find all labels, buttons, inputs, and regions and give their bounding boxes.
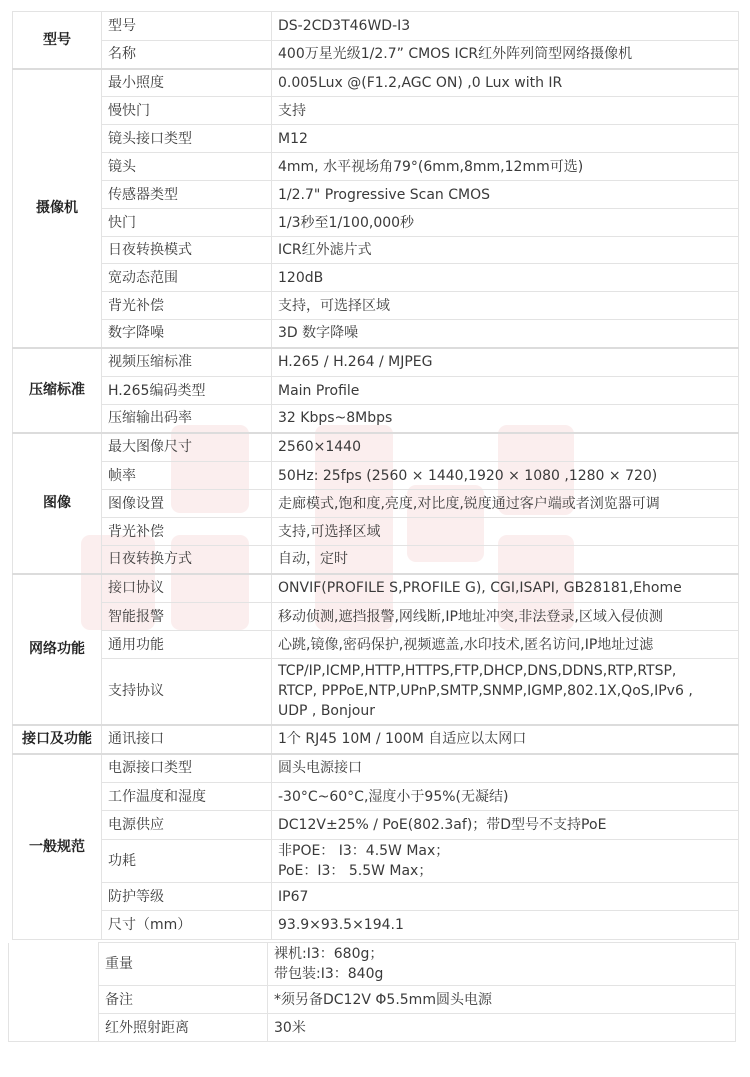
spec-label: 通讯接口 xyxy=(102,725,272,754)
spec-value-line: 支持 xyxy=(278,101,738,121)
spec-value-line: 1个 RJ45 10M / 100M 自适应以太网口 xyxy=(278,729,738,749)
spec-value: M12 xyxy=(272,125,739,153)
spec-value-line: 支持，可选择区域 xyxy=(278,296,738,316)
spec-row: 型号型号DS-2CD3T46WD-I3 xyxy=(13,12,739,41)
spec-label: 数字降噪 xyxy=(102,320,272,348)
spec-value-line: IP67 xyxy=(278,887,738,907)
spec-value-line: ICR红外滤片式 xyxy=(278,240,738,260)
spec-table: 型号型号DS-2CD3T46WD-I3名称400万星光级1/2.7” CMOS … xyxy=(12,11,739,940)
spec-row: H.265编码类型Main Profile xyxy=(13,377,739,405)
spec-value: DS-2CD3T46WD-I3 xyxy=(272,12,739,41)
spec-label: 最大图像尺寸 xyxy=(102,433,272,462)
spec-value: 93.9×93.5×194.1 xyxy=(272,911,739,940)
spec-value-line: 1/3秒至1/100,000秒 xyxy=(278,213,738,233)
spec-value: 裸机:I3：680g；带包装:I3：840g xyxy=(268,943,736,986)
spec-value-line: -30°C~60°C,湿度小于95%(无凝结) xyxy=(278,787,738,807)
spec-value-line: 走廊模式,饱和度,亮度,对比度,锐度通过客户端或者浏览器可调 xyxy=(278,494,738,514)
spec-value: 1个 RJ45 10M / 100M 自适应以太网口 xyxy=(272,725,739,754)
spec-value-line: 4mm, 水平视场角79°(6mm,8mm,12mm可选) xyxy=(278,157,738,177)
spec-value-line: TCP/IP,ICMP,HTTP,HTTPS,FTP,DHCP,DNS,DDNS… xyxy=(278,661,738,681)
spec-value: 2560×1440 xyxy=(272,433,739,462)
spec-label: 日夜转换方式 xyxy=(102,546,272,574)
spec-row: 防护等级IP67 xyxy=(13,883,739,911)
spec-row: 压缩标准视频压缩标准H.265 / H.264 / MJPEG xyxy=(13,348,739,377)
spec-value-line: DC12V±25% / PoE(802.3af)；带D型号不支持PoE xyxy=(278,815,738,835)
spec-value: 30米 xyxy=(268,1014,736,1042)
spec-label: 工作温度和湿度 xyxy=(102,783,272,811)
spec-row: 镜头4mm, 水平视场角79°(6mm,8mm,12mm可选) xyxy=(13,153,739,181)
section-category: 网络功能 xyxy=(13,574,102,725)
spec-value: 支持,可选择区域 xyxy=(272,518,739,546)
spec-value: 支持 xyxy=(272,97,739,125)
spec-row: 重量裸机:I3：680g；带包装:I3：840g xyxy=(9,943,736,986)
spec-value: 自动，定时 xyxy=(272,546,739,574)
spec-label: 型号 xyxy=(102,12,272,41)
section-category: 图像 xyxy=(13,433,102,574)
section-category: 接口及功能 xyxy=(13,725,102,754)
spec-label: 通用功能 xyxy=(102,631,272,659)
spec-label: H.265编码类型 xyxy=(102,377,272,405)
spec-row: 摄像机最小照度0.005Lux @(F1.2,AGC ON) ,0 Lux wi… xyxy=(13,69,739,97)
spec-value-line: M12 xyxy=(278,129,738,149)
spec-value: IP67 xyxy=(272,883,739,911)
spec-value: TCP/IP,ICMP,HTTP,HTTPS,FTP,DHCP,DNS,DDNS… xyxy=(272,659,739,725)
spec-row: 日夜转换方式自动，定时 xyxy=(13,546,739,574)
spec-value: Main Profile xyxy=(272,377,739,405)
spec-value: *须另备DC12V Φ5.5mm圆头电源 xyxy=(268,986,736,1014)
spec-value: H.265 / H.264 / MJPEG xyxy=(272,348,739,377)
spec-value-line: 裸机:I3：680g； xyxy=(274,944,735,964)
spec-label: 快门 xyxy=(102,209,272,237)
spec-value-line: 带包装:I3：840g xyxy=(274,964,735,984)
spec-value-line: 93.9×93.5×194.1 xyxy=(278,915,738,935)
section-category: 型号 xyxy=(13,12,102,69)
spec-label: 电源供应 xyxy=(102,811,272,840)
spec-row: 图像设置走廊模式,饱和度,亮度,对比度,锐度通过客户端或者浏览器可调 xyxy=(13,490,739,518)
spec-label: 防护等级 xyxy=(102,883,272,911)
spec-value: 心跳,镜像,密码保护,视频遮盖,水印技术,匿名访问,IP地址过滤 xyxy=(272,631,739,659)
spec-value-line: RTCP, PPPoE,NTP,UPnP,SMTP,SNMP,IGMP,802.… xyxy=(278,681,738,701)
spec-label: 最小照度 xyxy=(102,69,272,97)
spec-value-line: 1/2.7" Progressive Scan CMOS xyxy=(278,185,738,205)
spec-label: 镜头接口类型 xyxy=(102,125,272,153)
spec-value: 4mm, 水平视场角79°(6mm,8mm,12mm可选) xyxy=(272,153,739,181)
spec-value: 非POE： I3：4.5W Max；PoE：I3： 5.5W Max； xyxy=(272,840,739,883)
spec-value: 32 Kbps~8Mbps xyxy=(272,405,739,433)
spec-value: ICR红外滤片式 xyxy=(272,237,739,264)
spec-row: 网络功能接口协议ONVIF(PROFILE S,PROFILE G), CGI,… xyxy=(13,574,739,603)
spec-value: -30°C~60°C,湿度小于95%(无凝结) xyxy=(272,783,739,811)
spec-label: 压缩输出码率 xyxy=(102,405,272,433)
spec-value-line: ONVIF(PROFILE S,PROFILE G), CGI,ISAPI, G… xyxy=(278,578,738,598)
spec-label: 电源接口类型 xyxy=(102,754,272,783)
spec-label: 接口协议 xyxy=(102,574,272,603)
spec-value-line: 32 Kbps~8Mbps xyxy=(278,408,738,428)
spec-label: 红外照射距离 xyxy=(99,1014,268,1042)
spec-value: 3D 数字降噪 xyxy=(272,320,739,348)
spec-value-line: 50Hz: 25fps (2560 × 1440,1920 × 1080 ,12… xyxy=(278,466,738,486)
spec-value: 50Hz: 25fps (2560 × 1440,1920 × 1080 ,12… xyxy=(272,462,739,490)
spec-row: 背光补偿支持，可选择区域 xyxy=(13,292,739,320)
spec-value-line: DS-2CD3T46WD-I3 xyxy=(278,16,738,36)
spec-row: 压缩输出码率32 Kbps~8Mbps xyxy=(13,405,739,433)
spec-row: 数字降噪3D 数字降噪 xyxy=(13,320,739,348)
spec-value-line: Main Profile xyxy=(278,381,738,401)
spec-label: 支持协议 xyxy=(102,659,272,725)
spec-row: 尺寸（mm）93.9×93.5×194.1 xyxy=(13,911,739,940)
spec-table-continued: 重量裸机:I3：680g；带包装:I3：840g备注*须另备DC12V Φ5.5… xyxy=(8,942,736,1042)
spec-row: 慢快门支持 xyxy=(13,97,739,125)
spec-label: 帧率 xyxy=(102,462,272,490)
spec-row: 红外照射距离 30米 xyxy=(9,1014,736,1042)
spec-row: 快门1/3秒至1/100,000秒 xyxy=(13,209,739,237)
spec-row: 功耗非POE： I3：4.5W Max；PoE：I3： 5.5W Max； xyxy=(13,840,739,883)
spec-row: 工作温度和湿度-30°C~60°C,湿度小于95%(无凝结) xyxy=(13,783,739,811)
spec-label: 视频压缩标准 xyxy=(102,348,272,377)
spec-row: 帧率50Hz: 25fps (2560 × 1440,1920 × 1080 ,… xyxy=(13,462,739,490)
section-category: 摄像机 xyxy=(13,69,102,348)
spec-value: 1/3秒至1/100,000秒 xyxy=(272,209,739,237)
spec-value-line: 非POE： I3：4.5W Max； xyxy=(278,841,738,861)
spec-row: 背光补偿支持,可选择区域 xyxy=(13,518,739,546)
spec-value: 120dB xyxy=(272,264,739,292)
spec-label: 图像设置 xyxy=(102,490,272,518)
spec-row: 镜头接口类型M12 xyxy=(13,125,739,153)
spec-label: 宽动态范围 xyxy=(102,264,272,292)
spec-row: 图像最大图像尺寸2560×1440 xyxy=(13,433,739,462)
spec-value-line: 400万星光级1/2.7” CMOS ICR红外阵列筒型网络摄像机 xyxy=(278,44,738,64)
spec-value: ONVIF(PROFILE S,PROFILE G), CGI,ISAPI, G… xyxy=(272,574,739,603)
spec-value-line: 2560×1440 xyxy=(278,437,738,457)
spec-value-line: 30米 xyxy=(274,1018,735,1038)
spec-row: 支持协议TCP/IP,ICMP,HTTP,HTTPS,FTP,DHCP,DNS,… xyxy=(13,659,739,725)
spec-value-line: 0.005Lux @(F1.2,AGC ON) ,0 Lux with IR xyxy=(278,73,738,93)
spec-value-line: 圆头电源接口 xyxy=(278,758,738,778)
spec-row: 一般规范电源接口类型圆头电源接口 xyxy=(13,754,739,783)
spec-label: 慢快门 xyxy=(102,97,272,125)
spec-label: 镜头 xyxy=(102,153,272,181)
spec-value-line: UDP , Bonjour xyxy=(278,701,738,721)
spec-label: 日夜转换模式 xyxy=(102,237,272,264)
spec-row: 接口及功能通讯接口1个 RJ45 10M / 100M 自适应以太网口 xyxy=(13,725,739,754)
spec-label: 名称 xyxy=(102,41,272,69)
spec-value-line: 移动侦测,遮挡报警,网线断,IP地址冲突,非法登录,区域入侵侦测 xyxy=(278,607,738,627)
spec-label: 背光补偿 xyxy=(102,292,272,320)
spec-label: 传感器类型 xyxy=(102,181,272,209)
spec-value-line: 支持,可选择区域 xyxy=(278,522,738,542)
spec-row: 日夜转换模式ICR红外滤片式 xyxy=(13,237,739,264)
spec-value: 0.005Lux @(F1.2,AGC ON) ,0 Lux with IR xyxy=(272,69,739,97)
spec-value: 支持，可选择区域 xyxy=(272,292,739,320)
section-category: 压缩标准 xyxy=(13,348,102,433)
spec-value: 走廊模式,饱和度,亮度,对比度,锐度通过客户端或者浏览器可调 xyxy=(272,490,739,518)
spec-value-line: H.265 / H.264 / MJPEG xyxy=(278,352,738,372)
spec-value: 圆头电源接口 xyxy=(272,754,739,783)
spec-value-line: PoE：I3： 5.5W Max； xyxy=(278,861,738,881)
spec-label: 备注 xyxy=(99,986,268,1014)
section-category: 一般规范 xyxy=(13,754,102,940)
spec-row: 传感器类型1/2.7" Progressive Scan CMOS xyxy=(13,181,739,209)
spec-row: 智能报警移动侦测,遮挡报警,网线断,IP地址冲突,非法登录,区域入侵侦测 xyxy=(13,603,739,631)
spec-row: 名称400万星光级1/2.7” CMOS ICR红外阵列筒型网络摄像机 xyxy=(13,41,739,69)
spec-value-line: 心跳,镜像,密码保护,视频遮盖,水印技术,匿名访问,IP地址过滤 xyxy=(278,635,738,655)
spec-row: 宽动态范围120dB xyxy=(13,264,739,292)
spec-value-line: 120dB xyxy=(278,268,738,288)
spec-value-line: *须另备DC12V Φ5.5mm圆头电源 xyxy=(274,990,735,1010)
spec-row: 电源供应DC12V±25% / PoE(802.3af)；带D型号不支持PoE xyxy=(13,811,739,840)
spec-value-line: 自动，定时 xyxy=(278,549,738,569)
spec-row: 备注*须另备DC12V Φ5.5mm圆头电源 xyxy=(9,986,736,1014)
spec-label: 背光补偿 xyxy=(102,518,272,546)
spec-value: 移动侦测,遮挡报警,网线断,IP地址冲突,非法登录,区域入侵侦测 xyxy=(272,603,739,631)
spec-label: 智能报警 xyxy=(102,603,272,631)
spec-value-line: 3D 数字降噪 xyxy=(278,323,738,343)
spec-label: 功耗 xyxy=(102,840,272,883)
section-category-empty xyxy=(9,943,99,1042)
spec-value: 400万星光级1/2.7” CMOS ICR红外阵列筒型网络摄像机 xyxy=(272,41,739,69)
spec-label: 重量 xyxy=(99,943,268,986)
spec-value: 1/2.7" Progressive Scan CMOS xyxy=(272,181,739,209)
spec-label: 尺寸（mm） xyxy=(102,911,272,940)
spec-row: 通用功能心跳,镜像,密码保护,视频遮盖,水印技术,匿名访问,IP地址过滤 xyxy=(13,631,739,659)
spec-value: DC12V±25% / PoE(802.3af)；带D型号不支持PoE xyxy=(272,811,739,840)
